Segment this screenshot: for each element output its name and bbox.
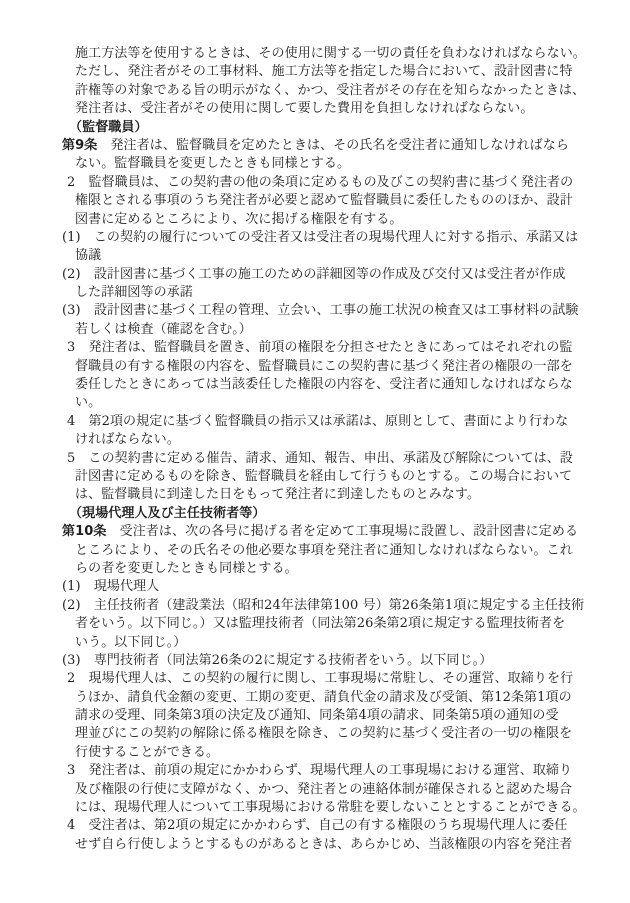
- text-line: 計図書に定めるものを除き、監督職員を経由して行うものとする。この場合において: [62, 468, 574, 486]
- text-line: ところにより、その氏名その他必要な事項を発注者に通知しなければならない。これ: [62, 542, 574, 560]
- text-line: には、現場代理人について工事現場における常駐を要しないこととすることができる。: [62, 799, 574, 817]
- paragraph-line: 3 発注者は、監督職員を置き、前項の権限を分担させたときにあってはそれぞれの監: [62, 339, 574, 357]
- text-line: 請求の受理、同条第3項の決定及び通知、同条第4項の請求、同条第5項の通知の受: [62, 707, 574, 725]
- item-line: (3) 設計図書に基づく工程の管理、立会い、工事の施工状況の検査又は工事材料の試…: [62, 302, 574, 320]
- article-line: 第9条 発注者は、監督職員を定めたときは、その氏名を受注者に通知しなければなら: [62, 137, 574, 155]
- item-line: (1) 現場代理人: [62, 578, 574, 596]
- item-line: (2) 設計図書に基づく工事の施工のための詳細図等の作成及び交付又は受注者が作成: [62, 266, 574, 284]
- article-number: 第9条: [62, 138, 97, 153]
- text-line: 行使することができる。: [62, 744, 574, 762]
- text-line: 理並びにこの契約の解除に係る権限を除き、この契約に基づく受注者の一切の権限を: [62, 725, 574, 743]
- text-line: ただし、発注者がその工事材料、施工方法等を指定した場合において、設計図書に特: [62, 63, 574, 81]
- text-line: ない。監督職員を変更したときも同様とする。: [62, 155, 574, 173]
- paragraph-line: 3 発注者は、前項の規定にかかわらず、現場代理人の工事現場における運営、取締り: [62, 762, 574, 780]
- article-line: 第10条 受注者は、次の各号に掲げる者を定めて工事現場に設置し、設計図書に定める: [62, 523, 574, 541]
- paragraph-line: 4 第2項の規定に基づく監督職員の指示又は承諾は、原則として、書面により行わな: [62, 413, 574, 431]
- text-line: 施工方法等を使用するときは、その使用に関する一切の責任を負わなければならない。: [62, 45, 574, 63]
- text-line: せず自ら行使しようとするものがあるときは、あらかじめ、当該権限の内容を発注者: [62, 836, 574, 854]
- item-line: (3) 専門技術者（同法第26条の2に規定する技術者をいう。以下同じ。）: [62, 652, 574, 670]
- article-number: 第10条: [62, 524, 107, 539]
- text-line: 及び権限の行使に支障がなく、かつ、発注者との連絡体制が確保されると認めた場合: [62, 781, 574, 799]
- text-line: 若しくは検査（確認を含む。）: [62, 321, 574, 339]
- text-line: 許権等の対象である旨の明示がなく、かつ、受注者がその存在を知らなかったときは、: [62, 82, 574, 100]
- text-line: いう。以下同じ。）: [62, 634, 574, 652]
- contract-text-block: 施工方法等を使用するときは、その使用に関する一切の責任を負わなければならない。た…: [62, 45, 574, 854]
- section-heading: （監督職員）: [62, 119, 574, 137]
- paragraph-line: 4 受注者は、第2項の規定にかかわらず、自己の有する権限のうち現場代理人に委任: [62, 817, 574, 835]
- text-line: い。: [62, 394, 574, 412]
- paragraph-line: 5 この契約書に定める催告、請求、通知、報告、申出、承諾及び解除については、設: [62, 450, 574, 468]
- document-page: 施工方法等を使用するときは、その使用に関する一切の責任を負わなければならない。た…: [0, 0, 630, 903]
- text-line: は、監督職員に到達した日をもって発注者に到達したものとみなす。: [62, 486, 574, 504]
- text-line: 委任したときにあっては当該委任した権限の内容を、受注者に通知しなければならな: [62, 376, 574, 394]
- paragraph-line: 2 現場代理人は、この契約の履行に関し、工事現場に常駐し、その運営、取締りを行: [62, 670, 574, 688]
- paragraph-line: 2 監督職員は、この契約書の他の条項に定めるもの及びこの契約書に基づく発注者の: [62, 174, 574, 192]
- item-line: (2) 主任技術者（建設業法（昭和24年法律第100 号）第26条第1項に規定す…: [62, 597, 574, 615]
- section-heading: （現場代理人及び主任技術者等）: [62, 505, 574, 523]
- text-line: らの者を変更したときも同様とする。: [62, 560, 574, 578]
- text-line: 図書に定めるところにより、次に掲げる権限を有する。: [62, 211, 574, 229]
- text-line: 督職員の有する権限の内容を、監督職員にこの契約書に基づく発注者の権限の一部を: [62, 358, 574, 376]
- text-line: ければならない。: [62, 431, 574, 449]
- text-line: 発注者は、受注者がその使用に関して要した費用を負担しなければならない。: [62, 100, 574, 118]
- text-line: 協議: [62, 247, 574, 265]
- text-line: 者をいう。以下同じ。）又は監理技術者（同法第26条第2項に規定する監理技術者を: [62, 615, 574, 633]
- item-line: (1) この契約の履行についての受注者又は受注者の現場代理人に対する指示、承諾又…: [62, 229, 574, 247]
- text-line: うほか、請負代金額の変更、工期の変更、請負代金の請求及び受領、第12条第1項の: [62, 689, 574, 707]
- text-line: 権限とされる事項のうち発注者が必要と認めて監督職員に委任したもののほか、設計: [62, 192, 574, 210]
- text-line: した詳細図等の承諾: [62, 284, 574, 302]
